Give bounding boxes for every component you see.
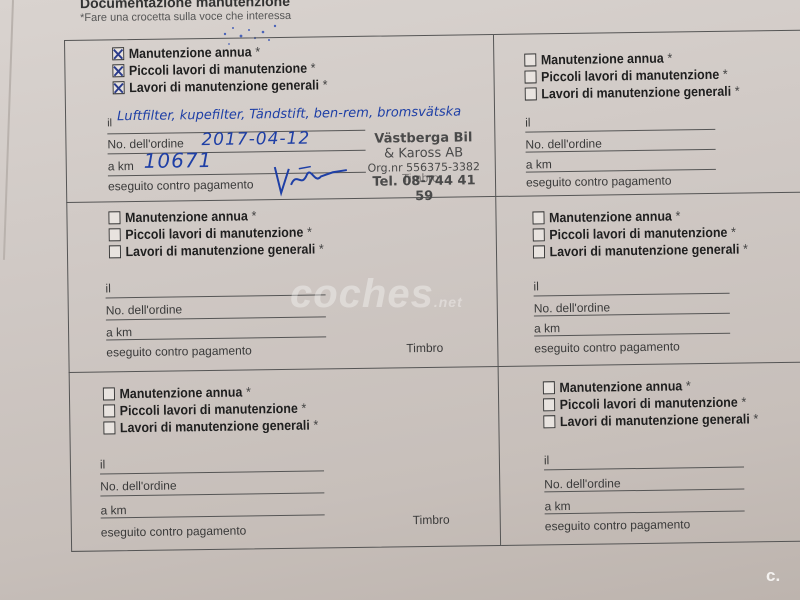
km-label: a km xyxy=(534,321,560,335)
check-label: Manutenzione annua xyxy=(559,378,682,395)
km-label: a km xyxy=(106,325,132,339)
date-label: il xyxy=(105,281,111,295)
km-line[interactable] xyxy=(526,169,716,173)
check-item-general[interactable]: Lavori di manutenzione generali* xyxy=(113,76,328,96)
order-label: No. dell'ordine xyxy=(106,302,183,317)
check-item-general[interactable]: Lavori di manutenzione generali* xyxy=(109,240,324,260)
checkbox[interactable] xyxy=(524,53,536,66)
asterisk: * xyxy=(246,384,251,399)
order-label: No. dell'ordine xyxy=(534,300,611,315)
checkbox[interactable] xyxy=(524,70,536,83)
checkbox-checked[interactable] xyxy=(112,47,124,60)
check-item-general[interactable]: Lavori di manutenzione generali* xyxy=(533,240,748,260)
check-item-general[interactable]: Lavori di manutenzione generali* xyxy=(525,83,740,103)
date-label: il xyxy=(544,453,550,467)
paid-label: eseguito contro pagamento xyxy=(526,174,672,190)
check-label: Piccoli lavori di manutenzione xyxy=(120,401,298,418)
stamp-line-2: & Kaross AB xyxy=(364,145,484,162)
paid-label: eseguito contro pagamento xyxy=(534,339,680,355)
entry-bottom-right: Manutenzione annua* Piccoli lavori di ma… xyxy=(499,361,800,546)
checkbox[interactable] xyxy=(109,228,121,241)
asterisk: * xyxy=(323,77,328,92)
checkbox[interactable] xyxy=(103,421,115,434)
watermark-suffix: .net xyxy=(434,294,463,310)
asterisk: * xyxy=(735,84,740,99)
stamp-label: Timbro xyxy=(406,341,443,356)
binding-line xyxy=(3,0,14,260)
date-label: il xyxy=(100,457,106,471)
check-label: Manutenzione annua xyxy=(129,44,252,61)
check-label: Lavori di manutenzione generali xyxy=(549,242,739,260)
asterisk: * xyxy=(313,417,318,432)
asterisk: * xyxy=(311,60,316,75)
check-label: Piccoli lavori di manutenzione xyxy=(541,67,719,84)
check-label: Piccoli lavori di manutenzione xyxy=(549,225,727,242)
date-handwritten-value[interactable]: Luftfilter, kupefilter, Tändstift, ben-r… xyxy=(117,104,461,124)
order-label: No. dell'ordine xyxy=(544,476,621,491)
date-label: il xyxy=(533,279,539,293)
check-label: Lavori di manutenzione generali xyxy=(560,411,750,429)
date-line[interactable] xyxy=(534,293,730,297)
corner-logo: c. xyxy=(766,566,780,586)
check-label: Lavori di manutenzione generali xyxy=(125,242,315,260)
checkbox[interactable] xyxy=(543,398,555,411)
km-line[interactable] xyxy=(106,336,326,340)
check-label: Piccoli lavori di manutenzione xyxy=(129,61,307,78)
asterisk: * xyxy=(251,208,256,223)
entry-top-left: Manutenzione annua* Piccoli lavori di ma… xyxy=(64,34,496,202)
check-label: Manutenzione annua xyxy=(549,209,672,226)
date-line[interactable] xyxy=(544,467,744,471)
check-item-general[interactable]: Lavori di manutenzione generali* xyxy=(103,416,318,436)
check-label: Manutenzione annua xyxy=(541,51,664,68)
checkbox-checked[interactable] xyxy=(112,64,124,77)
asterisk: * xyxy=(686,378,691,393)
asterisk: * xyxy=(675,208,680,223)
asterisk: * xyxy=(319,241,324,256)
asterisk: * xyxy=(723,67,728,82)
paid-label: eseguito contro pagamento xyxy=(101,524,247,540)
checkbox[interactable] xyxy=(533,245,545,258)
order-label: No. dell'ordine xyxy=(100,478,177,493)
km-line[interactable] xyxy=(101,514,325,518)
checklist: Manutenzione annua* Piccoli lavori di ma… xyxy=(524,48,758,102)
order-handwritten-value[interactable]: 2017-04-12 xyxy=(201,129,310,151)
order-label: No. dell'ordine xyxy=(525,137,602,152)
date-label: il xyxy=(107,117,112,129)
km-label: a km xyxy=(100,503,126,517)
asterisk: * xyxy=(743,241,748,256)
checkbox-checked[interactable] xyxy=(113,81,125,94)
checklist: Manutenzione annua* Piccoli lavori di ma… xyxy=(543,376,777,430)
asterisk: * xyxy=(255,44,260,59)
paid-label: eseguito contro pagamento xyxy=(108,177,254,193)
stamp-label: Timbro xyxy=(402,171,439,186)
km-line[interactable] xyxy=(545,511,745,515)
date-line[interactable] xyxy=(100,470,324,474)
entry-bottom-left: Manutenzione annua* Piccoli lavori di ma… xyxy=(69,366,501,552)
date-line[interactable] xyxy=(525,129,715,133)
check-label: Lavori di manutenzione generali xyxy=(541,84,731,102)
paid-label: eseguito contro pagamento xyxy=(545,517,691,533)
stamp-line-1: Västberga Bil xyxy=(363,130,483,147)
km-label: a km xyxy=(108,159,134,173)
check-label: Lavori di manutenzione generali xyxy=(129,77,319,95)
checkbox[interactable] xyxy=(525,87,537,100)
check-label: Piccoli lavori di manutenzione xyxy=(125,225,303,242)
check-label: Lavori di manutenzione generali xyxy=(120,418,310,436)
document-page: Documentazione manutenzione *Fare una cr… xyxy=(0,0,800,600)
check-item-general[interactable]: Lavori di manutenzione generali* xyxy=(543,410,758,430)
checkbox[interactable] xyxy=(543,381,555,394)
entry-middle-right: Manutenzione annua* Piccoli lavori di ma… xyxy=(496,191,800,366)
dealer-stamp: Västberga Bil & Kaross AB Org.nr 556375-… xyxy=(363,130,484,205)
asterisk: * xyxy=(667,51,672,66)
asterisk: * xyxy=(741,395,746,410)
check-label: Manutenzione annua xyxy=(119,385,242,402)
checklist: Manutenzione annua* Piccoli lavori di ma… xyxy=(108,206,342,260)
asterisk: * xyxy=(731,225,736,240)
asterisk: * xyxy=(307,225,312,240)
checkbox[interactable] xyxy=(532,211,544,224)
entry-top-right: Manutenzione annua* Piccoli lavori di ma… xyxy=(494,29,800,196)
stamp-label: Timbro xyxy=(413,513,450,528)
checkbox[interactable] xyxy=(103,404,115,417)
watermark-text: coches xyxy=(290,272,434,316)
checkbox[interactable] xyxy=(103,387,115,400)
checkbox[interactable] xyxy=(108,211,120,224)
checklist: Manutenzione annua* Piccoli lavori di ma… xyxy=(103,382,337,436)
km-handwritten-value[interactable]: 10671 xyxy=(144,148,213,173)
km-line[interactable] xyxy=(534,333,730,337)
signature xyxy=(271,160,351,197)
paid-label: eseguito contro pagamento xyxy=(106,343,252,359)
km-label: a km xyxy=(526,157,552,171)
checkbox[interactable] xyxy=(533,228,545,241)
asterisk: * xyxy=(753,411,758,426)
km-label: a km xyxy=(544,499,570,513)
checklist: Manutenzione annua* Piccoli lavori di ma… xyxy=(532,206,766,260)
check-label: Manutenzione annua xyxy=(125,208,248,225)
asterisk: * xyxy=(301,401,306,416)
checkbox[interactable] xyxy=(109,245,121,258)
date-label: il xyxy=(525,115,531,129)
watermark: coches.net xyxy=(290,272,463,317)
check-label: Piccoli lavori di manutenzione xyxy=(560,395,738,412)
checkbox[interactable] xyxy=(543,415,555,428)
checklist: Manutenzione annua* Piccoli lavori di ma… xyxy=(112,42,346,96)
